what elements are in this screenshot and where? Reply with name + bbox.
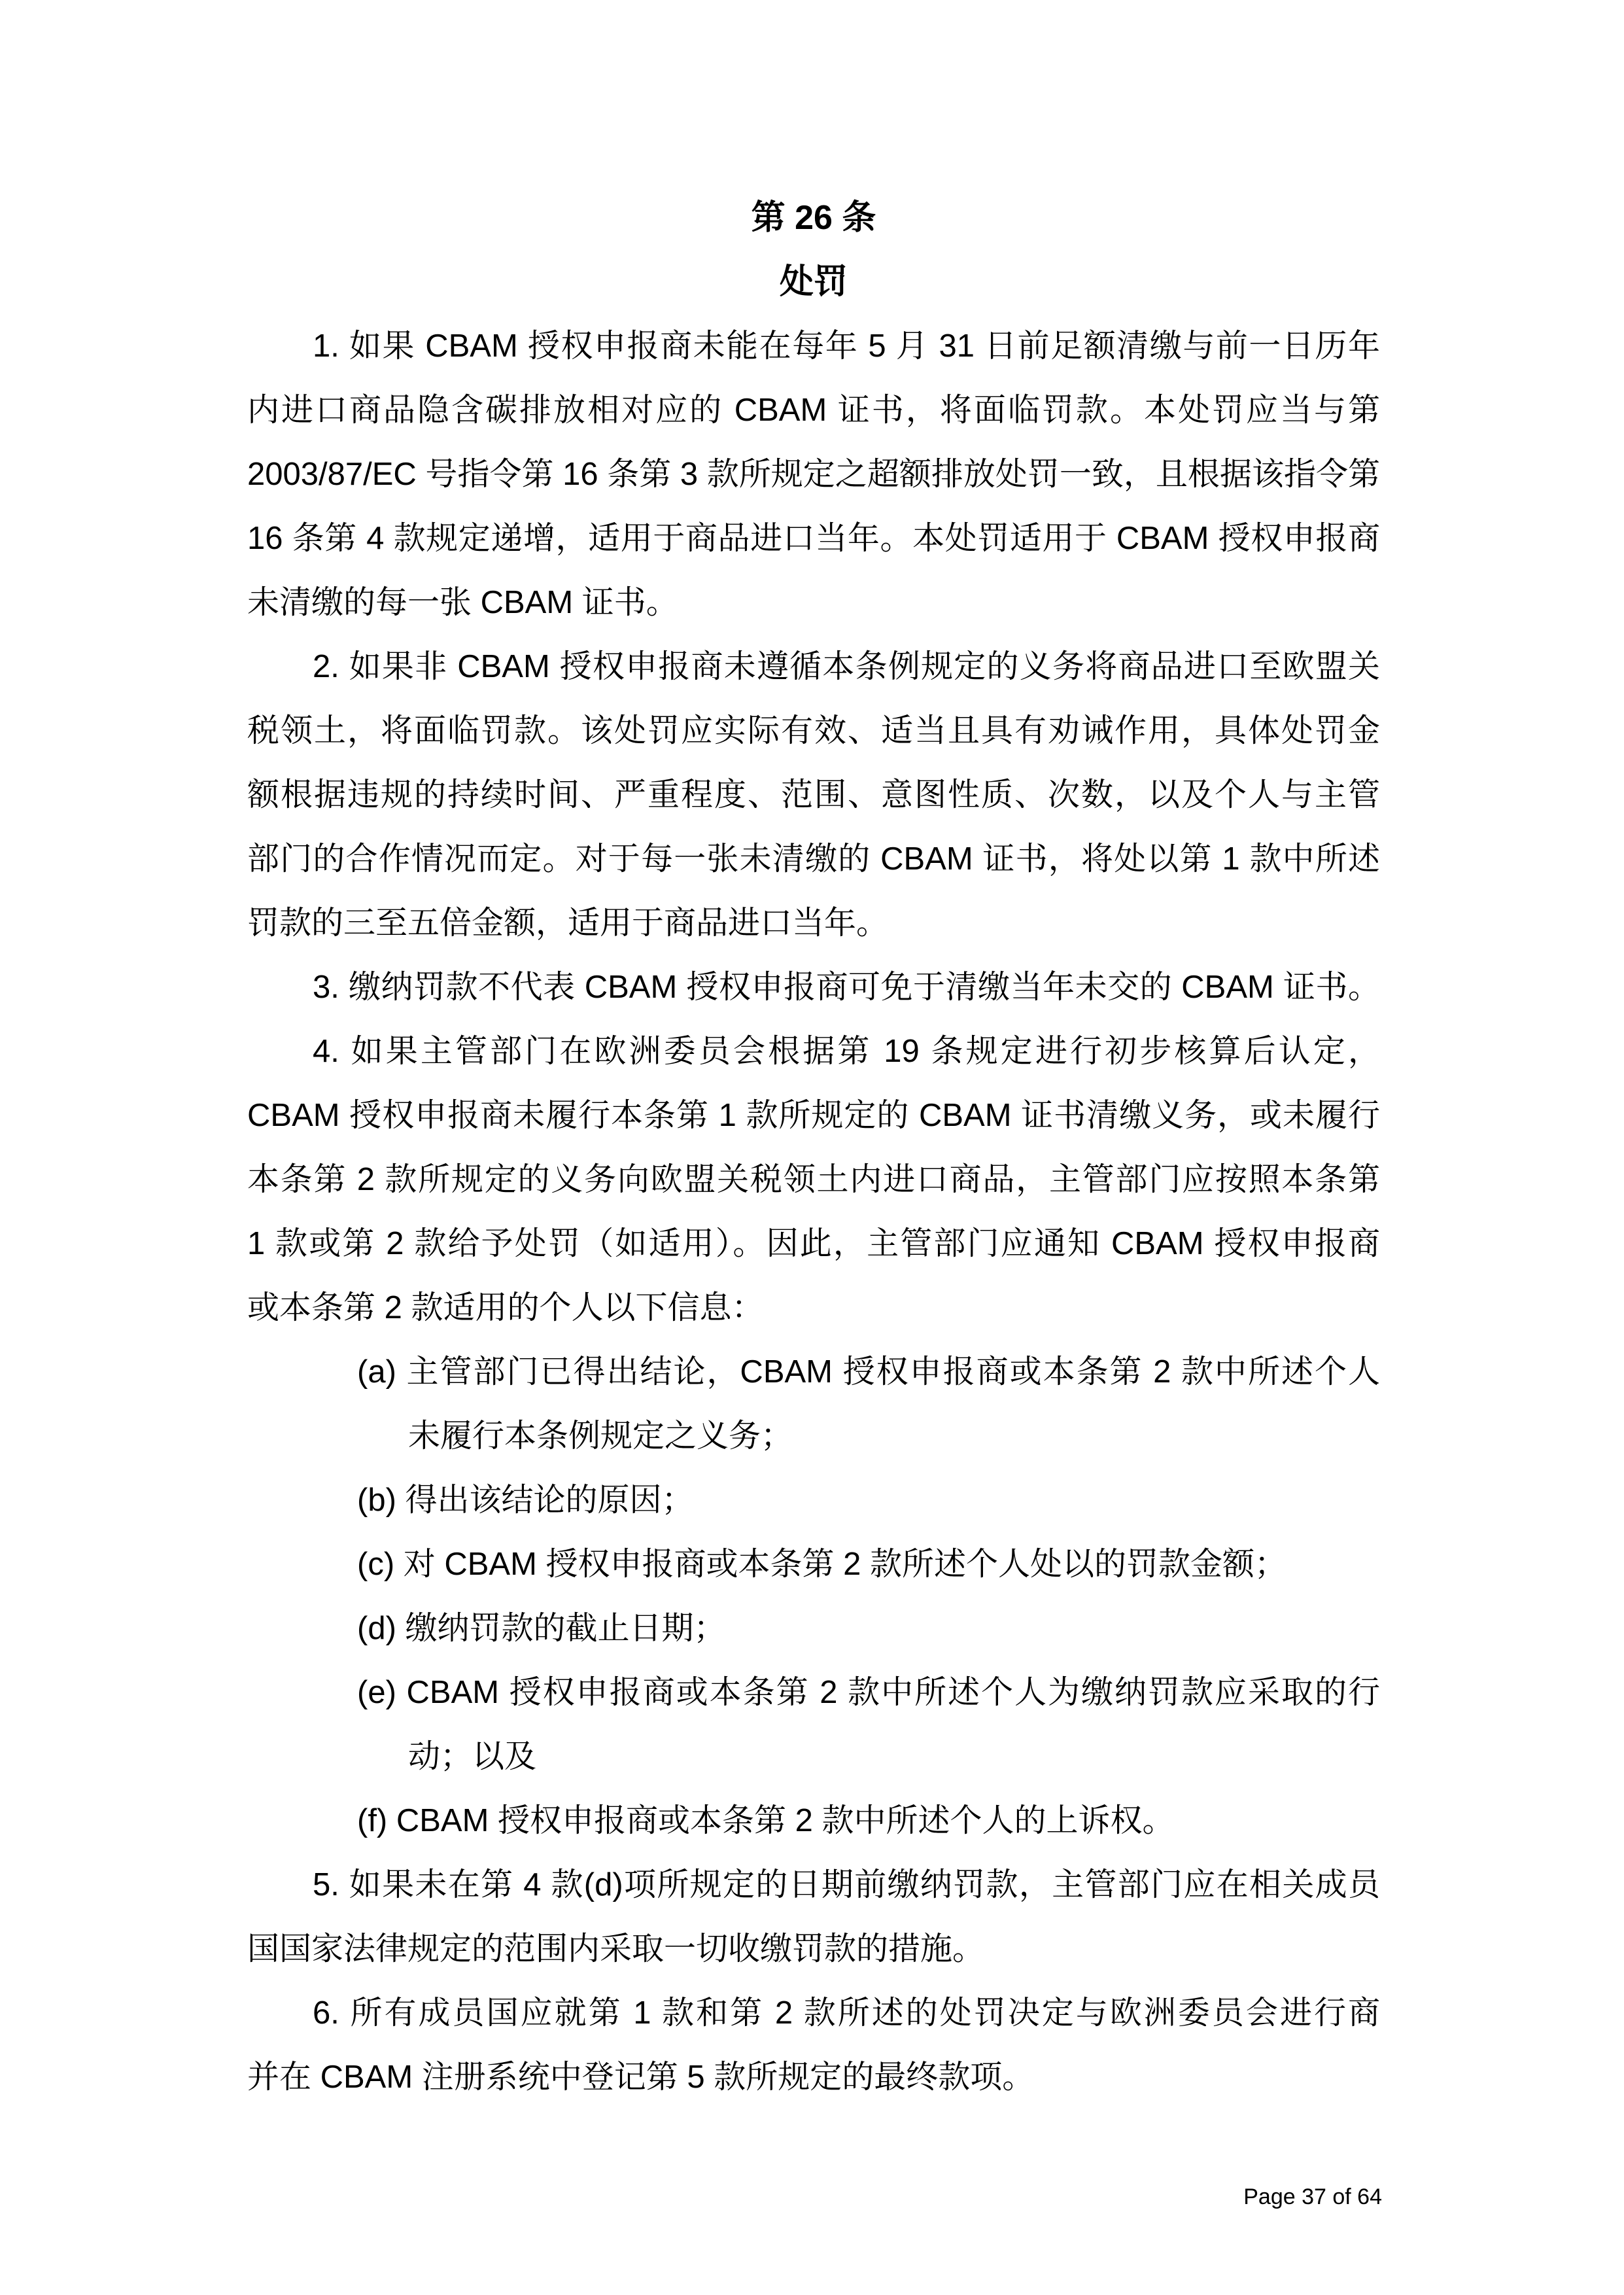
text-line: 未履行本条例规定之义务； — [247, 1404, 1380, 1468]
text-line: 1 款或第 2 款给予处罚（如适用）。因此，主管部门应通知 CBAM 授权申报商 — [247, 1212, 1380, 1276]
text-line: 动；以及 — [247, 1725, 1380, 1789]
article-paragraph-lines: 1. 如果 CBAM 授权申报商未能在每年 5 月 31 日前足额清缴与前一日历… — [247, 314, 1380, 2109]
text-line: 6. 所有成员国应就第 1 款和第 2 款所述的处罚决定与欧洲委员会进行商议， — [247, 1981, 1380, 2045]
text-line: (a) 主管部门已得出结论，CBAM 授权申报商或本条第 2 款中所述个人 — [247, 1340, 1380, 1404]
article-title-heading: 处罚 — [247, 250, 1380, 314]
document-page: 第 26 条 处罚 1. 如果 CBAM 授权申报商未能在每年 5 月 31 日… — [0, 0, 1624, 2295]
text-line: 3. 缴纳罚款不代表 CBAM 授权申报商可免于清缴当年未交的 CBAM 证书。 — [247, 955, 1380, 1019]
text-line: (d) 缴纳罚款的截止日期； — [247, 1596, 1380, 1660]
text-line: 罚款的三至五倍金额，适用于商品进口当年。 — [247, 891, 1380, 955]
text-line: (e) CBAM 授权申报商或本条第 2 款中所述个人为缴纳罚款应采取的行 — [247, 1660, 1380, 1725]
article-content: 第 26 条 处罚 1. 如果 CBAM 授权申报商未能在每年 5 月 31 日… — [247, 186, 1380, 2109]
text-line: 税领土，将面临罚款。该处罚应实际有效、适当且具有劝诫作用，具体处罚金 — [247, 699, 1380, 763]
text-line: 4. 如果主管部门在欧洲委员会根据第 19 条规定进行初步核算后认定， — [247, 1019, 1380, 1083]
text-line: (b) 得出该结论的原因； — [247, 1468, 1380, 1532]
text-line: CBAM 授权申报商未履行本条第 1 款所规定的 CBAM 证书清缴义务，或未履… — [247, 1083, 1380, 1147]
text-line: (f) CBAM 授权申报商或本条第 2 款中所述个人的上诉权。 — [247, 1789, 1380, 1853]
text-line: 5. 如果未在第 4 款(d)项所规定的日期前缴纳罚款，主管部门应在相关成员 — [247, 1853, 1380, 1917]
text-line: 2. 如果非 CBAM 授权申报商未遵循本条例规定的义务将商品进口至欧盟关 — [247, 635, 1380, 699]
text-line: 或本条第 2 款适用的个人以下信息： — [247, 1276, 1380, 1340]
text-line: 国国家法律规定的范围内采取一切收缴罚款的措施。 — [247, 1917, 1380, 1981]
text-line: 额根据违规的持续时间、严重程度、范围、意图性质、次数，以及个人与主管 — [247, 763, 1380, 827]
article-number-heading: 第 26 条 — [247, 186, 1380, 250]
page-number-footer: Page 37 of 64 — [1243, 2184, 1382, 2210]
text-line: 2003/87/EC 号指令第 16 条第 3 款所规定之超额排放处罚一致，且根… — [247, 442, 1380, 506]
text-line: 1. 如果 CBAM 授权申报商未能在每年 5 月 31 日前足额清缴与前一日历… — [247, 314, 1380, 378]
text-line: (c) 对 CBAM 授权申报商或本条第 2 款所述个人处以的罚款金额； — [247, 1532, 1380, 1596]
text-line: 未清缴的每一张 CBAM 证书。 — [247, 570, 1380, 635]
text-line: 部门的合作情况而定。对于每一张未清缴的 CBAM 证书，将处以第 1 款中所述 — [247, 827, 1380, 891]
text-line: 内进口商品隐含碳排放相对应的 CBAM 证书，将面临罚款。本处罚应当与第 — [247, 378, 1380, 442]
text-line: 并在 CBAM 注册系统中登记第 5 款所规定的最终款项。 — [247, 2045, 1380, 2109]
text-line: 本条第 2 款所规定的义务向欧盟关税领土内进口商品，主管部门应按照本条第 — [247, 1147, 1380, 1212]
text-line: 16 条第 4 款规定递增，适用于商品进口当年。本处罚适用于 CBAM 授权申报… — [247, 506, 1380, 570]
